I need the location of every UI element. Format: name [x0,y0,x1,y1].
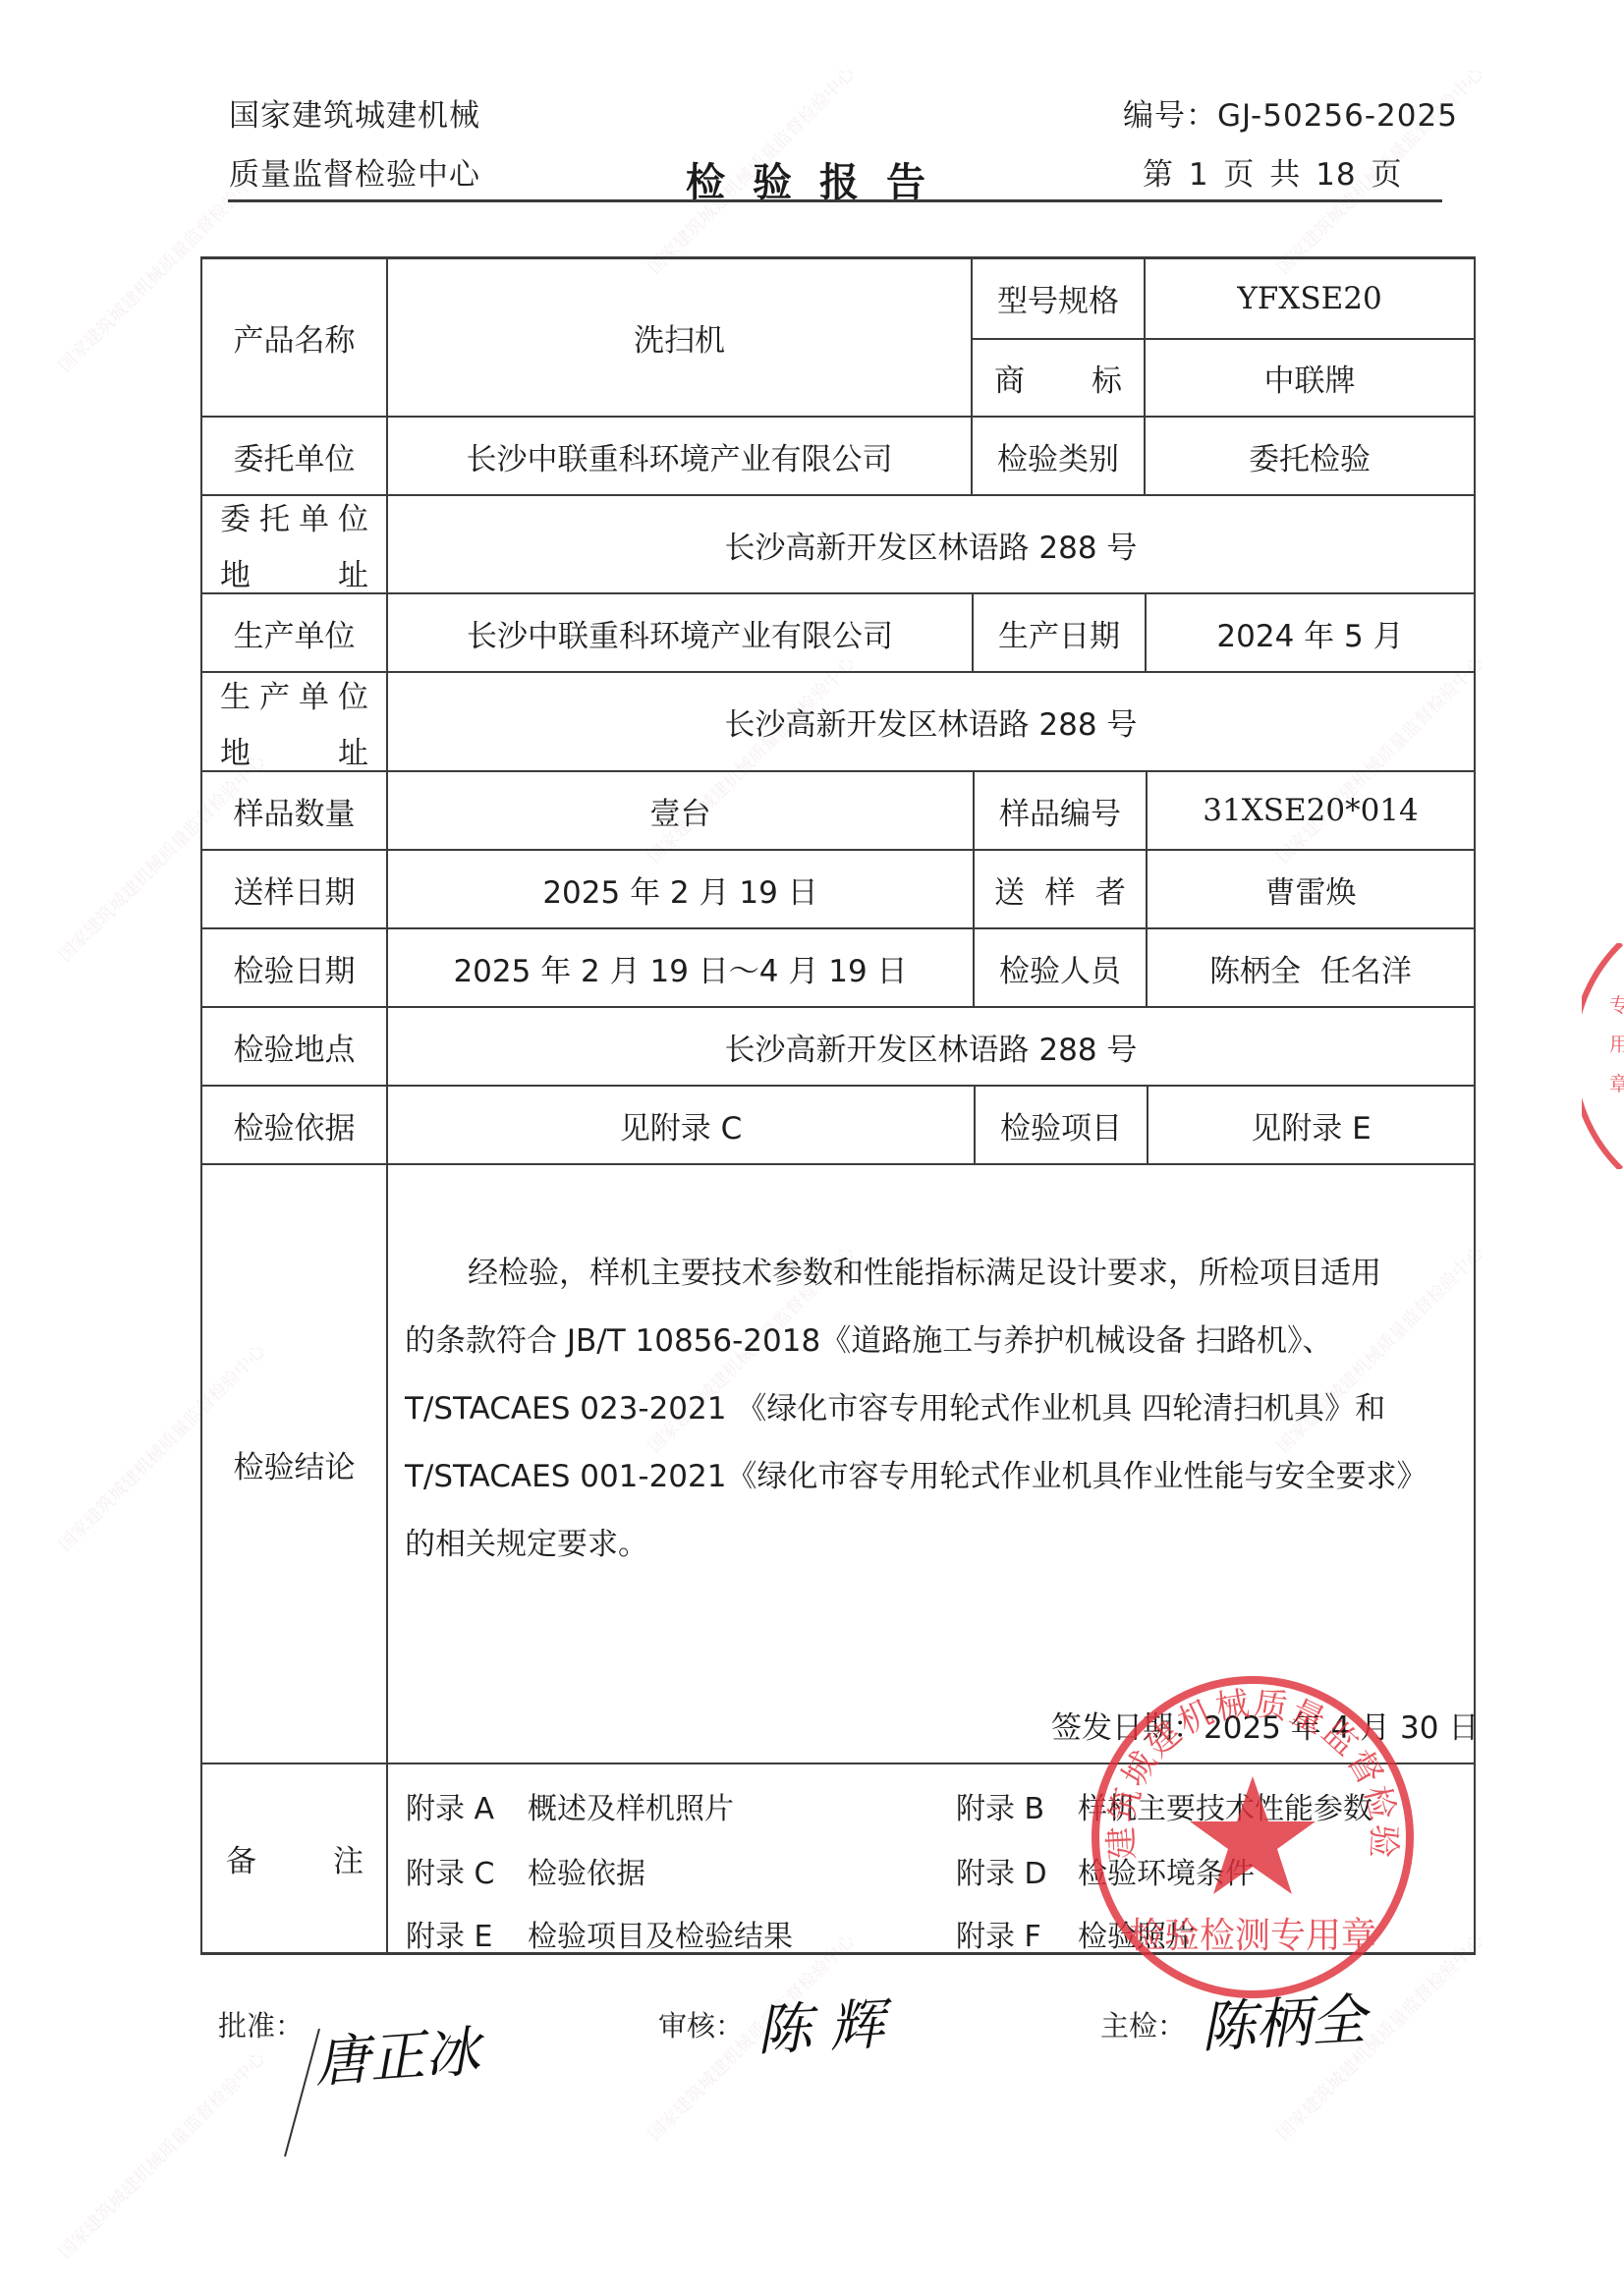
chief-inspector-label: 主检： [1100,2004,1186,2044]
label-basis: 检验依据 [202,1087,386,1163]
conclusion-line: 经检验，样机主要技术参数和性能指标满足设计要求，所检项目适用 [405,1240,1472,1308]
official-seal-icon: 国家建筑城建机械质量监督检验中心 检验检测专用章 [1076,1660,1429,2014]
value-product-name: 洗扫机 [388,258,971,416]
value-sample-qty: 壹台 [388,772,973,849]
report-number-label: 编号： [1123,98,1217,134]
value-basis: 见附录 C [388,1087,974,1163]
report-number: 编号：GJ-50256-2025 [1123,98,1458,134]
table-border-right [1474,257,1476,1954]
annex-title: 检验依据 [528,1857,645,1891]
label-char: 地 [220,728,251,772]
signature-stroke-icon [280,2024,329,2161]
label-items: 检验项目 [976,1087,1147,1163]
annex-title: 检验项目及检验结果 [528,1920,793,1954]
header-rule [228,199,1442,202]
value-inspection-date: 2025 年 2 月 19 日～4 月 19 日 [388,929,973,1006]
value-client-address: 长沙高新开发区林语路 288 号 [388,496,1474,592]
label-model: 型号规格 [973,258,1144,338]
label-location: 检验地点 [202,1008,386,1085]
label-char: 者 [1095,868,1126,912]
value-items: 见附录 E [1148,1087,1474,1163]
org-name-line1: 国家建筑城建机械 [229,98,480,134]
label-manufacturer: 生产单位 [202,594,386,671]
conclusion-line: T/STACAES 023-2021 《绿化市容专用轮式作业机具 四轮清扫机具》… [405,1375,1472,1443]
label-brand-b: 标 [1092,356,1122,400]
chief-inspector-signature: 陈柄全 [1199,1977,1368,2064]
annex-c: 附录 C检验依据 [406,1849,645,1892]
conclusion-line: 的相关规定要求。 [405,1511,1472,1579]
label-client-address: 委托单位 地 址 [202,496,386,592]
label-inspection-type: 检验类别 [973,418,1144,494]
review-signature: 陈 辉 [755,1982,886,2067]
org-name-line2: 质量监督检验中心 [229,157,480,193]
value-production-date: 2024 年 5 月 [1147,594,1474,671]
value-sender: 曹雷焕 [1148,851,1474,927]
label-manufacturer-address: 生产单位 地 址 [202,673,386,770]
value-brand: 中联牌 [1146,340,1474,416]
label-char: 样 [1045,868,1076,912]
label-remarks: 备 注 [226,1764,364,1952]
label-conclusion: 检验结论 [202,1165,386,1763]
label-char: 地 [220,550,251,594]
label-brand: 商 标 [994,340,1122,416]
label-brand-a: 商 [994,356,1025,400]
label-char: 址 [338,550,368,594]
conclusion-line: 的条款符合 JB/T 10856-2018《道路施工与养护机械设备 扫路机》、 [405,1308,1472,1375]
svg-text:章: 章 [1609,1072,1624,1095]
value-location: 长沙高新开发区林语路 288 号 [388,1008,1474,1085]
review-label: 审核： [658,2004,744,2044]
value-client: 长沙中联重科环境产业有限公司 [388,418,971,494]
annex-e: 附录 E检验项目及检验结果 [406,1912,793,1955]
annex-title: 概述及样机照片 [528,1792,734,1826]
watermark: 国家建筑城建机械质量监督检验中心 [52,2045,270,2264]
label-product-name: 产品名称 [202,258,386,416]
conclusion-line: T/STACAES 001-2021《绿化市容专用轮式作业机具作业性能与安全要求… [405,1443,1472,1511]
report-number-value: GJ-50256-2025 [1217,98,1458,134]
label-char: 送 [994,868,1025,912]
label-delivery-date: 送样日期 [202,851,386,927]
conclusion-text: 经检验，样机主要技术参数和性能指标满足设计要求，所检项目适用 的条款符合 JB/… [405,1240,1472,1579]
annex-code: 附录 C [406,1849,528,1892]
page-info: 第 1 页 共 18 页 [1143,157,1402,193]
value-manufacturer: 长沙中联重科环境产业有限公司 [388,594,972,671]
label-manufacturer-address-line2: 地 址 [220,728,368,772]
value-delivery-date: 2025 年 2 月 19 日 [388,851,973,927]
table-row-line [200,1163,1476,1165]
label-char: 注 [333,1836,364,1880]
label-inspection-date: 检验日期 [202,929,386,1006]
annex-code: 附录 B [956,1784,1078,1827]
svg-text:专: 专 [1609,993,1624,1017]
svg-text:用: 用 [1609,1033,1624,1056]
value-inspectors: 陈柄全 任名洋 [1148,929,1474,1006]
seal-bottom-text: 检验检测专用章 [1129,1916,1376,1956]
label-sender: 送 样 者 [994,851,1126,927]
label-char: 备 [226,1836,256,1880]
label-inspectors: 检验人员 [975,929,1146,1006]
value-sample-no: 31XSE20*014 [1148,772,1474,849]
value-manufacturer-address: 长沙高新开发区林语路 288 号 [388,673,1474,770]
label-client-address-line1: 委托单位 [220,494,368,538]
value-inspection-type: 委托检验 [1146,418,1474,494]
annex-a: 附录 A概述及样机照片 [406,1784,734,1827]
annex-code: 附录 E [406,1912,528,1955]
label-sample-qty: 样品数量 [202,772,386,849]
seam-seal-icon: 专 用 章 [1582,943,1624,1169]
annex-code: 附录 F [956,1912,1078,1955]
approve-signature: 唐正冰 [311,2008,481,2099]
label-manufacturer-address-line1: 生产单位 [220,672,368,716]
annex-code: 附录 A [406,1784,528,1827]
label-production-date: 生产日期 [974,594,1145,671]
value-model: YFXSE20 [1146,258,1474,338]
label-client: 委托单位 [202,418,386,494]
label-char: 址 [338,728,368,772]
annex-code: 附录 D [956,1849,1078,1892]
label-client-address-line2: 地 址 [220,550,368,594]
label-sample-no: 样品编号 [975,772,1146,849]
